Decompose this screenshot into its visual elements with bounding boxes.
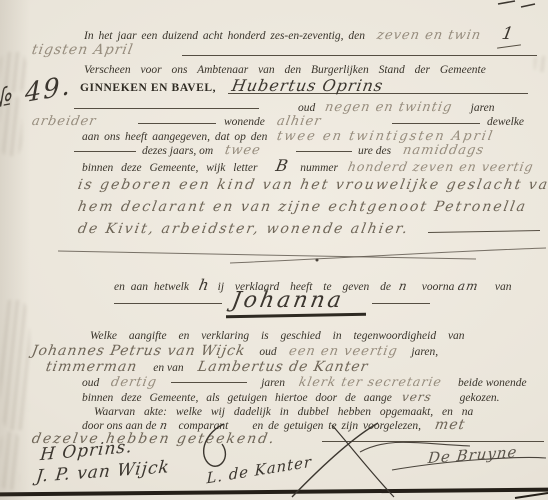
born-trailing-rule (428, 230, 540, 233)
witness2-occupation: klerk ter secretarie (298, 374, 444, 389)
year-line: In het jaar een duizend acht honderd zes… (84, 26, 481, 44)
hour-mid-rule (296, 151, 352, 152)
next-record-mark (515, 493, 548, 498)
rule-after-date (182, 55, 537, 56)
residence-rule (392, 123, 480, 124)
name-lead-rule (114, 303, 222, 304)
verscheen-text: Verscheen voor ons Ambtenaar van den Bur… (84, 64, 486, 76)
closing-stroke-1 (58, 251, 476, 259)
signature-registrar: De Bruyne (427, 443, 518, 468)
child-name-text: Johanna (230, 288, 346, 313)
age-line: oud negen en twintig jaren (298, 98, 494, 116)
month-handwritten: tigsten April (31, 42, 135, 58)
document-scan: 1 № 49. In het jaar een duizend acht hon… (0, 0, 548, 500)
municipality-line: GINNEKEN EN BAVEL, Hubertus Oprins (80, 76, 383, 96)
akte-text-2c: en de getuigen te zijn voorgelezen, (252, 420, 421, 432)
witness2-age-rule (171, 382, 247, 383)
born-line-1: is geboren een kind van het vrouwelijke … (78, 176, 548, 194)
child-name-underline (226, 313, 366, 318)
signature-witness2: L. de Kanter (205, 453, 313, 488)
corner-tick-1 (498, 1, 515, 4)
signature-registrar-text: De Bruyne (427, 443, 518, 467)
naming-p3: voorna (422, 281, 455, 293)
witness1-age: een en veertig (287, 344, 398, 359)
day-handwritten: zeven en twin (376, 28, 483, 43)
naming-h1: h (197, 276, 211, 294)
witness1-oud: oud (259, 346, 276, 358)
house-number: honderd zeven en veertig (347, 159, 535, 174)
occupation-rule (138, 123, 216, 124)
born-text-3: de Kivit, arbeidster, wonende alhier. (77, 221, 411, 237)
age-lead-rule (74, 108, 259, 109)
folio-number: 1 (502, 24, 514, 44)
born-line-2: hem declarant en van zijne echtgenoot Pe… (78, 198, 527, 216)
folio-underline (497, 44, 521, 48)
akte-trailing-rule (322, 441, 544, 442)
wijk-letter: B (274, 156, 290, 175)
name-trail-rule (372, 303, 430, 304)
born-text-2: hem declarant en van zijne echtgenoot Pe… (77, 199, 529, 215)
child-name: Johanna (232, 288, 344, 313)
naming-h3: am (457, 279, 480, 293)
folio-number-text: 1 (500, 24, 515, 44)
declarant-age: negen en twintig (324, 100, 454, 115)
closing-stroke-2 (230, 248, 546, 263)
declarant-name: Hubertus Oprins (230, 76, 385, 95)
ink-dot (316, 259, 319, 262)
witness1-name: Johannes Petrus van Wijck (31, 343, 247, 359)
naming-p1: en aan hetwelk (114, 281, 189, 293)
signature-witness2-text: L. de Kanter (206, 453, 312, 488)
akte-hand-met: met (434, 417, 467, 433)
showthrough-left-3 (0, 300, 30, 430)
month-line: tigsten April (32, 41, 133, 59)
naming-h2: n (398, 279, 409, 293)
showthrough-left-4 (0, 432, 20, 490)
witness1-jaren: jaren, (411, 346, 438, 358)
showthrough-right-1 (534, 56, 548, 72)
nummer-label: nummer (300, 162, 338, 174)
registrar-flourish-2 (332, 425, 394, 497)
hour-lead-rule (74, 151, 136, 152)
naming-p4: van (495, 281, 512, 293)
witness-intro-text: Welke aangifte en verklaring is geschied… (90, 330, 465, 342)
born-text-1: is geboren een kind van het vrouwelijke … (77, 177, 548, 193)
bottom-separator-line (0, 488, 548, 497)
wijk-text: binnen deze Gemeente, wijk letter (82, 162, 258, 174)
corner-tick-2 (521, 4, 535, 7)
municipality-name: GINNEKEN EN BAVEL, (80, 82, 216, 94)
address-line: binnen deze Gemeente, wijk letter B numm… (82, 156, 534, 176)
born-line-3: de Kivit, arbeidster, wonende alhier. (78, 220, 409, 238)
